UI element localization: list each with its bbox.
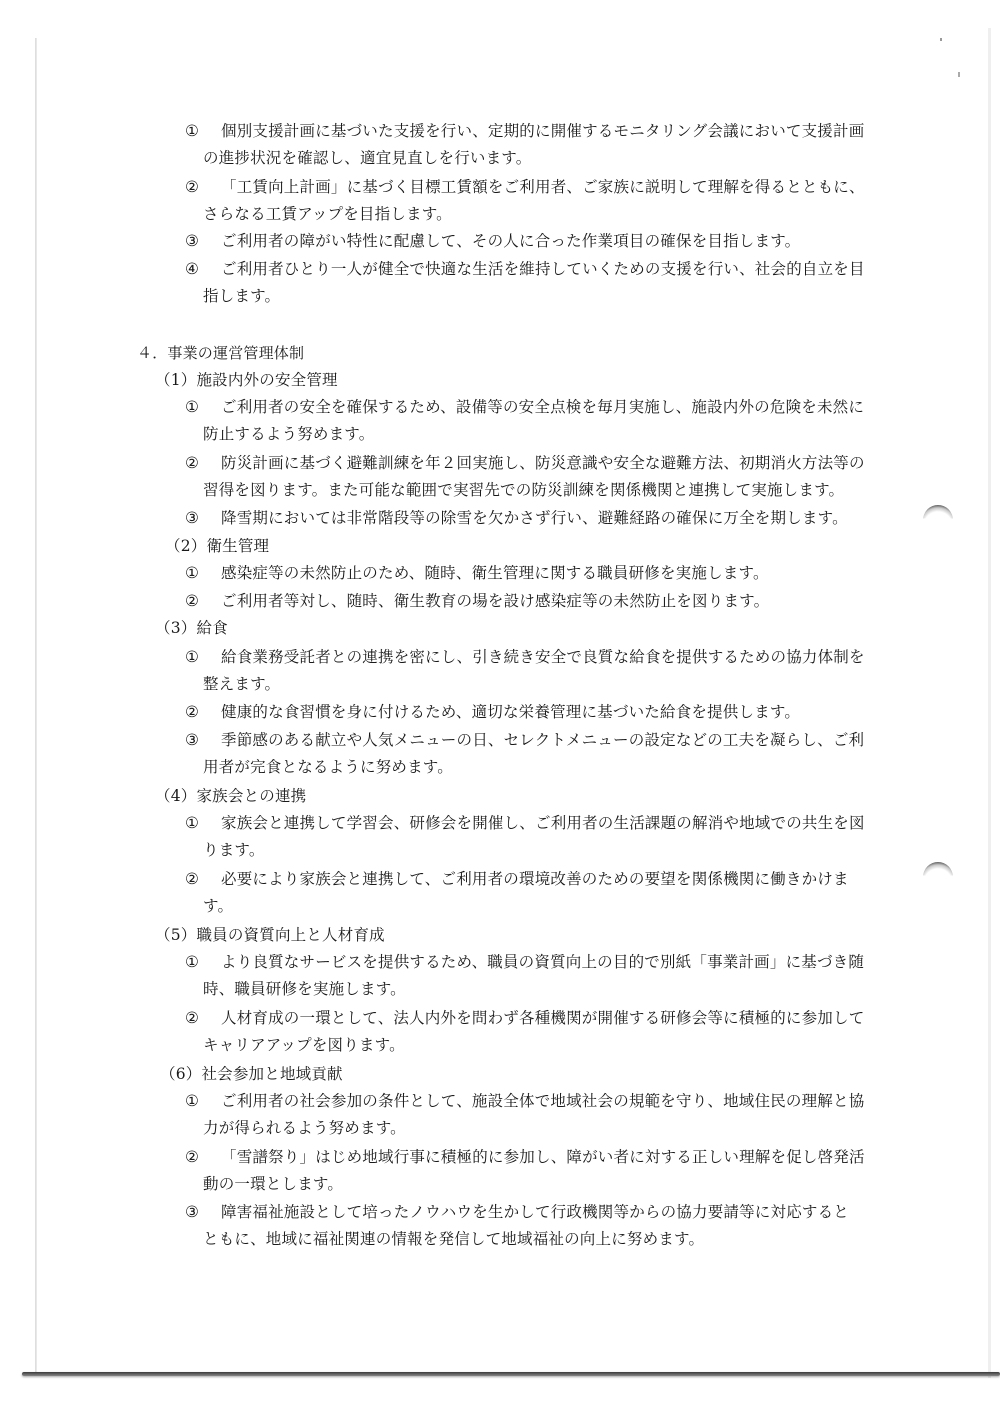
s6-item-1-cont: 力が得られるよう努めます。 [203, 1118, 406, 1138]
s2-item-2: ②ご利用者等対し、随時、衛生教育の場を設け感染症等の未然防止を図ります。 [185, 591, 769, 611]
intro-item-2: ②「工賃向上計画」に基づく目標工賃額をご利用者、ご家族に説明して理解を得るととも… [185, 177, 865, 197]
s5-item-1-cont: 時、職員研修を実施します。 [203, 979, 406, 999]
item-marker: ② [185, 177, 221, 197]
item-marker: ① [185, 647, 221, 667]
item-text: 給食業務受託者との連携を密にし、引き続き安全で良質な給食を提供するための協力体制… [221, 648, 865, 666]
item-text: ご利用者ひとり一人が健全で快適な生活を維持していくための支援を行い、社会的自立を… [221, 260, 865, 278]
item-marker: ② [185, 453, 221, 473]
item-text: 降雪期においては非常階段等の除雪を欠かさず行い、避難経路の確保に万全を期します。 [221, 509, 848, 527]
s6-item-1: ①ご利用者の社会参加の条件として、施設全体で地域社会の規範を守り、地域住民の理解… [185, 1091, 864, 1111]
item-text: 必要により家族会と連携して、ご利用者の環境改善のための要望を関係機関に働きかけま [221, 870, 849, 888]
item-marker: ② [185, 869, 221, 889]
item-text: より良質なサービスを提供するため、職員の資質向上の目的で別紙「事業計画」に基づき… [221, 953, 864, 971]
subsection-heading-3: （3）給食 [155, 618, 228, 638]
s4-item-2: ②必要により家族会と連携して、ご利用者の環境改善のための要望を関係機関に働きかけ… [185, 869, 849, 889]
scan-speck [958, 72, 960, 77]
item-marker: ① [185, 563, 221, 583]
item-marker: ③ [185, 508, 221, 528]
item-marker: ② [185, 1147, 221, 1167]
s1-item-2-cont: 習得を図ります。また可能な範囲で実習先での防災訓練を関係機関と連携して実施します… [203, 480, 844, 500]
item-marker: ③ [185, 1202, 221, 1222]
s1-item-1-cont: 防止するよう努めます。 [203, 424, 374, 444]
item-text: 人材育成の一環として、法人内外を問わず各種機関が開催する研修会等に積極的に参加し… [221, 1009, 864, 1027]
subsection-heading-1: （1）施設内外の安全管理 [155, 370, 338, 390]
item-marker: ① [185, 813, 221, 833]
section-heading: ４．事業の運営管理体制 [137, 343, 304, 363]
item-text: ご利用者の安全を確保するため、設備等の安全点検を毎月実施し、施設内外の危険を未然… [221, 398, 864, 416]
item-marker: ① [185, 397, 221, 417]
item-marker: ① [185, 952, 221, 972]
s1-item-3: ③降雪期においては非常階段等の除雪を欠かさず行い、避難経路の確保に万全を期します… [185, 508, 848, 528]
item-marker: ① [185, 121, 221, 141]
s6-item-2-cont: 動の一環とします。 [203, 1174, 343, 1194]
s3-item-3-cont: 用者が完食となるように努めます。 [203, 757, 453, 777]
item-marker: ③ [185, 730, 221, 750]
s3-item-2: ②健康的な食習慣を身に付けるため、適切な栄養管理に基づいた給食を提供します。 [185, 702, 800, 722]
intro-item-3: ③ご利用者の障がい特性に配慮して、その人に合った作業項目の確保を目指します。 [185, 231, 800, 251]
s4-item-2-cont: す。 [203, 896, 233, 916]
subsection-heading-2: （2）衛生管理 [165, 536, 269, 556]
scan-speck [940, 38, 942, 41]
s3-item-1: ①給食業務受託者との連携を密にし、引き続き安全で良質な給食を提供するための協力体… [185, 647, 865, 667]
s1-item-1: ①ご利用者の安全を確保するため、設備等の安全点検を毎月実施し、施設内外の危険を未… [185, 397, 864, 417]
item-text: 個別支援計画に基づいた支援を行い、定期的に開催するモニタリング会議において支援計… [221, 122, 864, 140]
s4-item-1: ①家族会と連携して学習会、研修会を開催し、ご利用者の生活課題の解消や地域での共生… [185, 813, 865, 833]
item-marker: ④ [185, 259, 221, 279]
s5-item-2: ②人材育成の一環として、法人内外を問わず各種機関が開催する研修会等に積極的に参加… [185, 1008, 864, 1028]
item-text: 家族会と連携して学習会、研修会を開催し、ご利用者の生活課題の解消や地域での共生を… [221, 814, 865, 832]
item-text: 季節感のある献立や人気メニューの日、セレクトメニューの設定などの工夫を凝らし、ご… [221, 731, 864, 749]
item-text: 障害福祉施設として培ったノウハウを生かして行政機関等からの協力要請等に対応すると [221, 1203, 849, 1221]
intro-item-1-cont: の進捗状況を確認し、適宜見直しを行います。 [203, 148, 531, 168]
item-text: ご利用者の障がい特性に配慮して、その人に合った作業項目の確保を目指します。 [221, 232, 800, 250]
item-text: 感染症等の未然防止のため、随時、衛生管理に関する職員研修を実施します。 [221, 564, 769, 582]
s5-item-1: ①より良質なサービスを提供するため、職員の資質向上の目的で別紙「事業計画」に基づ… [185, 952, 864, 972]
item-marker: ② [185, 1008, 221, 1028]
item-text: 「雪譜祭り」はじめ地域行事に積極的に参加し、障がい者に対する正しい理解を促し啓発… [221, 1148, 865, 1166]
page-left-edge [35, 38, 37, 1376]
s3-item-1-cont: 整えます。 [203, 674, 280, 694]
s6-item-2: ②「雪譜祭り」はじめ地域行事に積極的に参加し、障がい者に対する正しい理解を促し啓… [185, 1147, 865, 1167]
subsection-heading-5: （5）職員の資質向上と人材育成 [155, 925, 385, 945]
page-bottom-edge-shadow [22, 1372, 1000, 1376]
page-right-edge [988, 28, 991, 1378]
item-text: 健康的な食習慣を身に付けるため、適切な栄養管理に基づいた給食を提供します。 [221, 703, 800, 721]
subsection-heading-6: （6）社会参加と地域貢献 [160, 1064, 343, 1084]
item-text: 防災計画に基づく避難訓練を年２回実施し、防災意識や安全な避難方法、初期消火方法等… [221, 454, 865, 472]
subsection-heading-4: （4）家族会との連携 [155, 786, 306, 806]
item-marker: ② [185, 591, 221, 611]
s4-item-1-cont: ります。 [203, 840, 265, 860]
item-marker: ① [185, 1091, 221, 1111]
item-marker: ③ [185, 231, 221, 251]
s5-item-2-cont: キャリアアップを図ります。 [203, 1035, 405, 1055]
s2-item-1: ①感染症等の未然防止のため、随時、衛生管理に関する職員研修を実施します。 [185, 563, 769, 583]
item-text: ご利用者等対し、随時、衛生教育の場を設け感染症等の未然防止を図ります。 [221, 592, 769, 610]
s6-item-3-cont: ともに、地域に福祉関連の情報を発信して地域福祉の向上に努めます。 [203, 1229, 704, 1249]
s1-item-2: ②防災計画に基づく避難訓練を年２回実施し、防災意識や安全な避難方法、初期消火方法… [185, 453, 865, 473]
item-text: ご利用者の社会参加の条件として、施設全体で地域社会の規範を守り、地域住民の理解と… [221, 1092, 864, 1110]
s3-item-3: ③季節感のある献立や人気メニューの日、セレクトメニューの設定などの工夫を凝らし、… [185, 730, 864, 750]
s6-item-3: ③障害福祉施設として培ったノウハウを生かして行政機関等からの協力要請等に対応する… [185, 1202, 849, 1222]
intro-item-4-cont: 指します。 [203, 286, 280, 306]
intro-item-2-cont: さらなる工賃アップを目指します。 [203, 204, 452, 224]
item-text: 「工賃向上計画」に基づく目標工賃額をご利用者、ご家族に説明して理解を得るとともに… [221, 178, 865, 196]
intro-item-1: ①個別支援計画に基づいた支援を行い、定期的に開催するモニタリング会議において支援… [185, 121, 864, 141]
intro-item-4: ④ご利用者ひとり一人が健全で快適な生活を維持していくための支援を行い、社会的自立… [185, 259, 865, 279]
item-marker: ② [185, 702, 221, 722]
